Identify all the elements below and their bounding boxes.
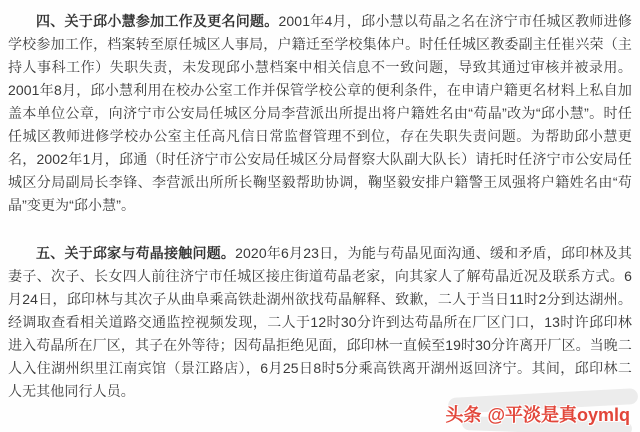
paragraph-section-5: 五、关于邱家与苟晶接触问题。2020年6月23日，为能与苟晶见面沟通、缓和矛盾，…	[8, 242, 632, 403]
document-page: 四、关于邱小慧参加工作及更名问题。2001年4月，邱小慧以苟晶之名在济宁市任城区…	[0, 0, 640, 432]
watermark: 头条@平淡是真oymlq	[445, 401, 630, 427]
toutiao-brand-text: 头条	[445, 405, 481, 425]
paragraph-4-heading: 四、关于邱小慧参加工作及更名问题。	[36, 13, 279, 29]
document-body: 四、关于邱小慧参加工作及更名问题。2001年4月，邱小慧以苟晶之名在济宁市任城区…	[0, 0, 640, 403]
paragraph-4-text: 2001年4月，邱小慧以苟晶之名在济宁市任城区教师进修学校参加工作，档案转至原任…	[8, 13, 632, 213]
paragraph-5-text: 2020年6月23日，为能与苟晶见面沟通、缓和矛盾，邱印林及其妻子、次子、长女四…	[8, 245, 632, 399]
paragraph-5-heading: 五、关于邱家与苟晶接触问题。	[36, 245, 235, 261]
watermark-username: @平淡是真oymlq	[487, 405, 630, 425]
paragraph-section-4: 四、关于邱小慧参加工作及更名问题。2001年4月，邱小慧以苟晶之名在济宁市任城区…	[8, 10, 632, 217]
